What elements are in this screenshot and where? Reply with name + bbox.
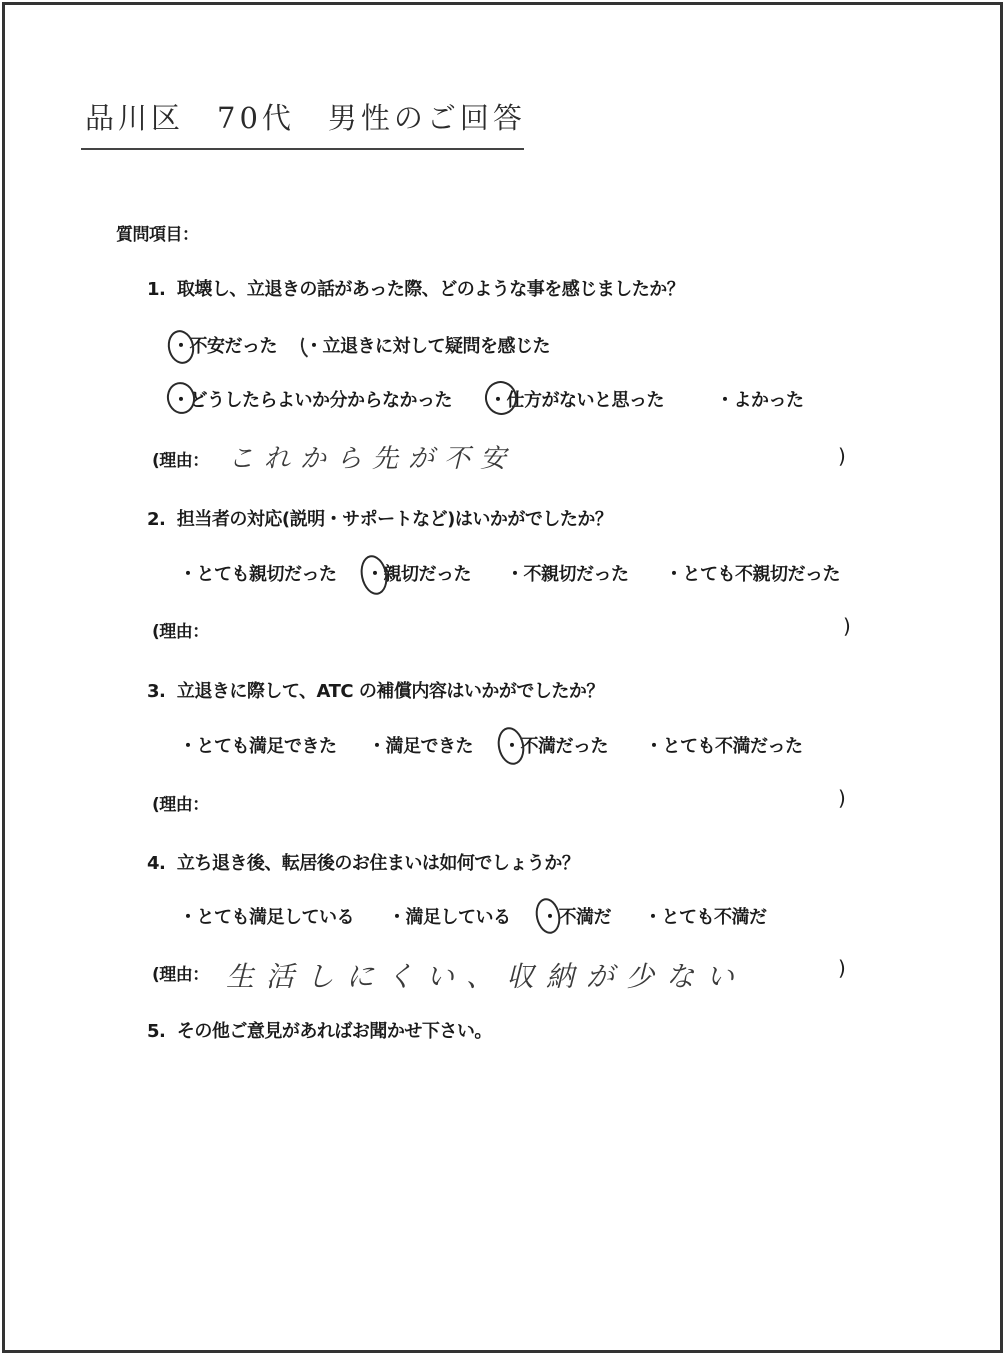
question-number: 4.	[147, 853, 165, 874]
q2-option-unkind[interactable]: ・不親切だった	[506, 560, 629, 586]
q1-reason-label: (理由：	[152, 446, 209, 471]
q3-reason-close: )	[838, 786, 845, 810]
q3-reason-label: (理由：	[152, 790, 209, 815]
q1-reason-close: )	[838, 444, 845, 468]
q3-option-very-satisfied[interactable]: ・とても満足できた	[179, 732, 337, 758]
q1-reason-handwritten[interactable]: これから先が不安	[228, 438, 516, 475]
question-text: 担当者の対応(説明・サポートなど)はいかがでしたか？	[177, 509, 612, 530]
q4-reason-label: (理由：	[152, 960, 209, 985]
q1-option-good[interactable]: ・よかった	[716, 386, 804, 412]
q1-option-unsure[interactable]: ・どうしたらよいか分からなかった	[172, 386, 452, 412]
section-label: 質問項目：	[116, 220, 199, 245]
q1-option-doubt[interactable]: ・立退きに対して疑問を感じた	[305, 332, 550, 358]
question-5: 5. その他ご意見があればお聞かせ下さい。	[147, 1017, 492, 1043]
question-3: 3. 立退きに際して、ATC の補償内容はいかがでしたか？	[147, 677, 604, 703]
q2-reason-label: (理由：	[152, 617, 209, 642]
question-text: その他ご意見があればお聞かせ下さい。	[177, 1021, 492, 1042]
q4-option-very-satisfied[interactable]: ・とても満足している	[179, 903, 354, 929]
page-title: 品川区 70代 男性のご回答	[85, 96, 526, 137]
question-number: 5.	[147, 1021, 165, 1042]
q4-option-satisfied[interactable]: ・満足している	[388, 903, 511, 929]
question-text: 取壊し、立退きの話があった際、どのような事を感じましたか？	[177, 279, 684, 300]
q2-option-very-unkind[interactable]: ・とても不親切だった	[665, 560, 840, 586]
q4-reason-handwritten[interactable]: 生活しにくい、収納が少ない	[226, 955, 746, 995]
title-underline	[81, 148, 524, 150]
question-number: 3.	[147, 681, 165, 702]
question-number: 1.	[147, 279, 165, 300]
q4-option-very-dissatisfied[interactable]: ・とても不満だ	[644, 903, 767, 929]
question-number: 2.	[147, 509, 165, 530]
question-4: 4. 立ち退き後、転居後のお住まいは如何でしょうか？	[147, 849, 579, 875]
q4-reason-close: )	[838, 956, 845, 980]
question-1: 1. 取壊し、立退きの話があった際、どのような事を感じましたか？	[147, 275, 684, 301]
q2-option-very-kind[interactable]: ・とても親切だった	[179, 560, 337, 586]
question-text: 立退きに際して、ATC の補償内容はいかがでしたか？	[177, 681, 604, 702]
question-text: 立ち退き後、転居後のお住まいは如何でしょうか？	[177, 853, 580, 874]
q3-option-satisfied[interactable]: ・満足できた	[368, 732, 473, 758]
q3-option-very-dissatisfied[interactable]: ・とても不満だった	[645, 732, 803, 758]
q2-reason-close: )	[843, 614, 850, 638]
question-2: 2. 担当者の対応(説明・サポートなど)はいかがでしたか？	[147, 505, 612, 531]
